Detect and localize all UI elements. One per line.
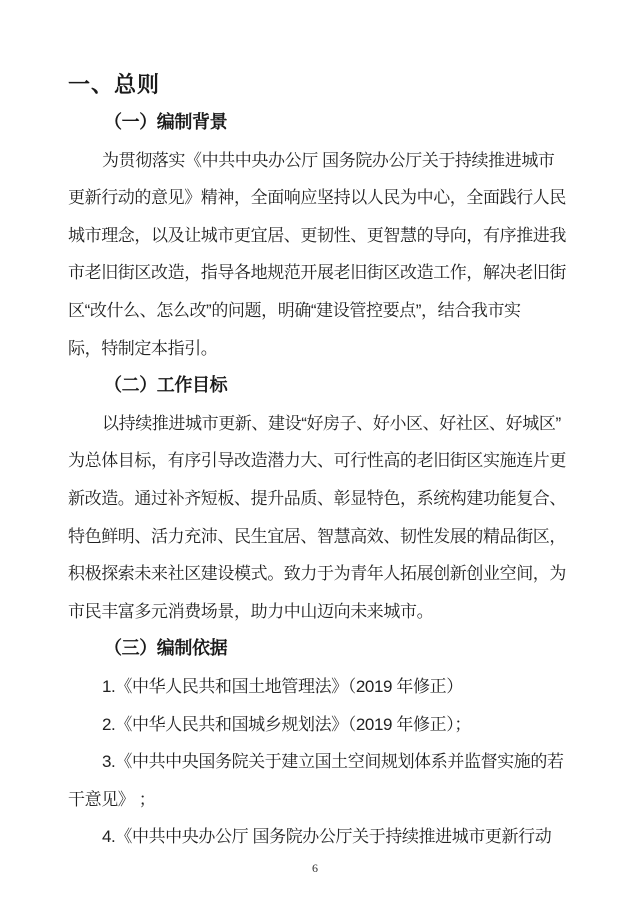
subsection-title-work-goals: （二）工作目标 (68, 367, 567, 405)
paragraph-line: 际，特制定本指引。 (68, 330, 567, 368)
paragraph-line: 积极探索未来社区建设模式。致力于为青年人拓展创新创业空间，为 (68, 555, 567, 593)
paragraph-line: 市民丰富多元消费场景，助力中山迈向未来城市。 (68, 593, 567, 631)
list-item: 1.《中华人民共和国土地管理法》（2019 年修正） (68, 668, 567, 706)
paragraph-line: 为贯彻落实《中共中央办公厅 国务院办公厅关于持续推进城市 (68, 142, 567, 180)
paragraph-line: 以持续推进城市更新、建设“好房子、好小区、好社区、好城区” (68, 405, 567, 443)
paragraph-line: 市老旧街区改造，指导各地规范开展老旧街区改造工作，解决老旧街 (68, 254, 567, 292)
list-item-continuation: 干意见》 ； (68, 781, 567, 819)
subsection-title-basis: （三）编制依据 (68, 630, 567, 668)
subsection-title-background: （一）编制背景 (68, 104, 567, 142)
paragraph-line: 新改造。通过补齐短板、提升品质、彰显特色，系统构建功能复合、 (68, 480, 567, 518)
section-heading-general-provisions: 一、总则 (68, 66, 567, 104)
document-page: 一、总则 （一）编制背景 为贯彻落实《中共中央办公厅 国务院办公厅关于持续推进城… (0, 0, 630, 906)
paragraph-line: 区“改什么、怎么改”的问题，明确“建设管控要点”，结合我市实 (68, 292, 567, 330)
list-item: 2.《中华人民共和国城乡规划法》（2019 年修正）； (68, 706, 567, 744)
list-item: 4.《中共中央办公厅 国务院办公厅关于持续推进城市更新行动 (68, 818, 567, 856)
document-body: 一、总则 （一）编制背景 为贯彻落实《中共中央办公厅 国务院办公厅关于持续推进城… (68, 66, 567, 856)
paragraph-line: 为总体目标，有序引导改造潜力大、可行性高的老旧街区实施连片更 (68, 442, 567, 480)
list-item: 3.《中共中央国务院关于建立国土空间规划体系并监督实施的若 (68, 743, 567, 781)
paragraph-line: 特色鲜明、活力充沛、民生宜居、智慧高效、韧性发展的精品街区， (68, 518, 567, 556)
page-footer: 6 (0, 859, 630, 877)
paragraph-line: 城市理念，以及让城市更宜居、更韧性、更智慧的导向，有序推进我 (68, 217, 567, 255)
paragraph-line: 更新行动的意见》精神，全面响应坚持以人民为中心，全面践行人民 (68, 179, 567, 217)
page-number: 6 (312, 861, 318, 875)
